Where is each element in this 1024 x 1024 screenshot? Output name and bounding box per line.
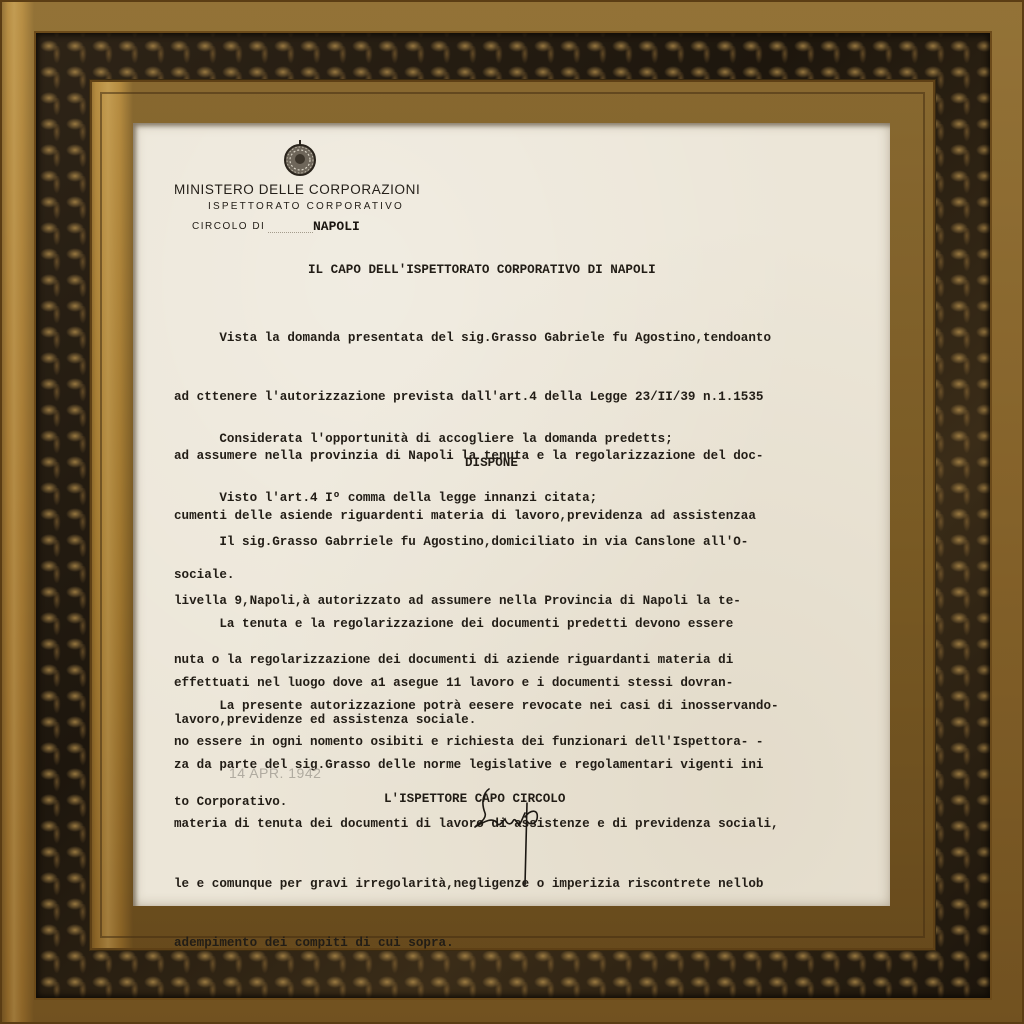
text-line: Vista la domanda presentata del sig.Gras… <box>174 329 771 349</box>
circolo-label: CIRCOLO DI <box>192 221 265 232</box>
document-title: IL CAPO DELL'ISPETTORATO CORPORATIVO DI … <box>308 261 656 281</box>
text-line: La tenuta e la regolarizzazione dei docu… <box>174 615 763 635</box>
letterhead-ministry: MINISTERO DELLE CORPORAZIONI <box>174 182 420 197</box>
date-stamp: 14 APR. 1942 <box>229 765 321 781</box>
framed-document: MINISTERO DELLE CORPORAZIONI ISPETTORATO… <box>133 123 890 906</box>
text-line: adempimento dei compiti di cui sopra. <box>174 934 779 954</box>
text-line: Considerata l'opportunità di accogliere … <box>174 430 673 450</box>
text-line: Il sig.Grasso Gabrriele fu Agostino,domi… <box>174 533 748 553</box>
text-line: La presente autorizzazione potrà eesere … <box>174 697 779 717</box>
letterhead-office: ISPETTORATO CORPORATIVO <box>208 201 404 212</box>
dispone-heading: DISPONE <box>465 454 518 474</box>
circolo-value: NAPOLI <box>313 219 360 234</box>
coat-of-arms-icon <box>283 139 317 177</box>
circolo-dotted-line <box>268 232 313 233</box>
signature-icon <box>471 783 571 893</box>
